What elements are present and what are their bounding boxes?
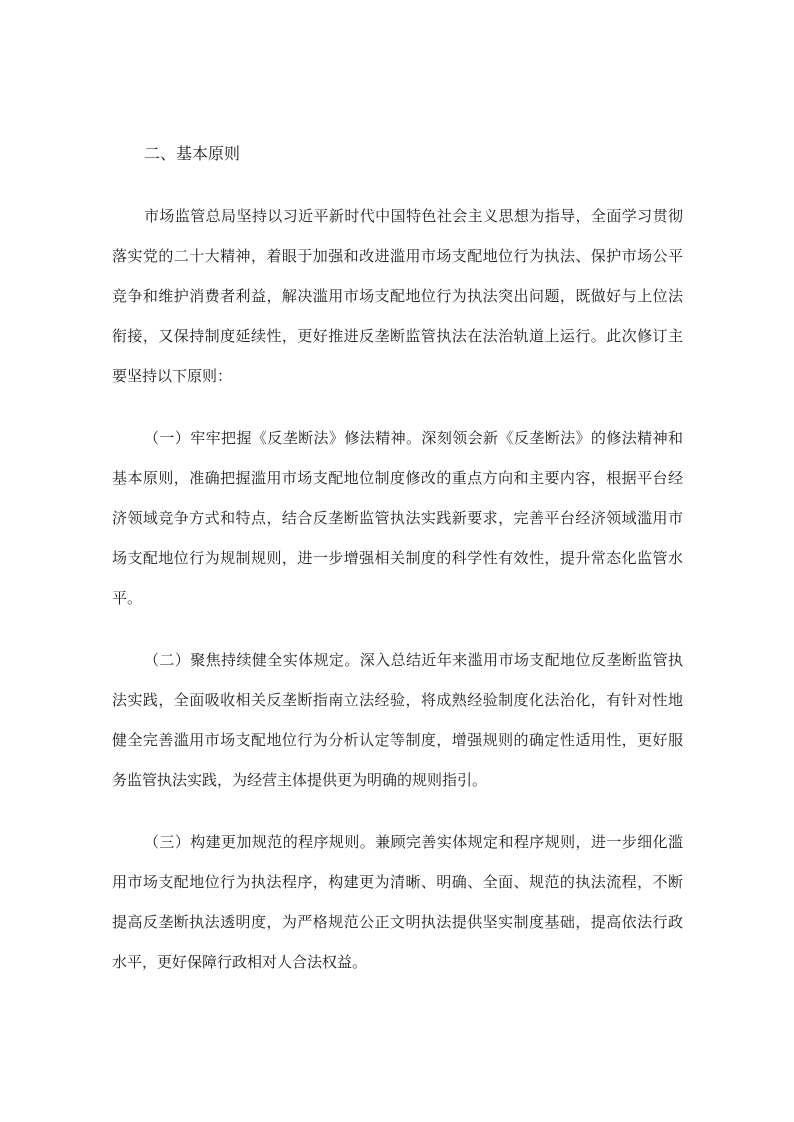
paragraph-intro: 市场监管总局坚持以习近平新时代中国特色社会主义思想为指导，全面学习贯彻 落实党的…	[112, 197, 683, 397]
text-line: 务监管执法实践，为经营主体提供更为明确的规则指引。	[112, 761, 683, 801]
text-line: （一）牢牢把握《反垄断法》修法精神。深刻领会新《反垄断法》的修法精神和	[112, 419, 683, 459]
text-line: 场支配地位行为规制规则，进一步增强相关制度的科学性有效性，提升常态化监管水	[112, 539, 683, 579]
text-line: 用市场支配地位行为执法程序，构建更为清晰、明确、全面、规范的执法流程，不断	[112, 863, 683, 903]
text-line: 水平，更好保障行政相对人合法权益。	[112, 943, 683, 983]
text-line: 衔接，又保持制度延续性，更好推进反垄断监管执法在法治轨道上运行。此次修订主	[112, 317, 683, 357]
text-line: 平。	[112, 579, 683, 619]
text-line: （二）聚焦持续健全实体规定。深入总结近年来滥用市场支配地位反垄断监管执	[112, 641, 683, 681]
text-line: 竞争和维护消费者利益，解决滥用市场支配地位行为执法突出问题，既做好与上位法	[112, 277, 683, 317]
document-body: 二、基本原则 市场监管总局坚持以习近平新时代中国特色社会主义思想为指导，全面学习…	[112, 135, 683, 983]
document-page: 二、基本原则 市场监管总局坚持以习近平新时代中国特色社会主义思想为指导，全面学习…	[0, 0, 794, 1122]
text-line: （三）构建更加规范的程序规则。兼顾完善实体规定和程序规则，进一步细化滥	[112, 823, 683, 863]
text-line: 提高反垄断执法透明度，为严格规范公正文明执法提供坚实制度基础，提高依法行政	[112, 903, 683, 943]
paragraph-principle-1: （一）牢牢把握《反垄断法》修法精神。深刻领会新《反垄断法》的修法精神和 基本原则…	[112, 419, 683, 619]
text-line: 基本原则，准确把握滥用市场支配地位制度修改的重点方向和主要内容，根据平台经	[112, 459, 683, 499]
text-line: 要坚持以下原则：	[112, 357, 683, 397]
text-line: 济领域竞争方式和特点，结合反垄断监管执法实践新要求，完善平台经济领域滥用市	[112, 499, 683, 539]
section-heading: 二、基本原则	[112, 135, 683, 175]
text-line: 健全完善滥用市场支配地位行为分析认定等制度，增强规则的确定性适用性，更好服	[112, 721, 683, 761]
paragraph-principle-2: （二）聚焦持续健全实体规定。深入总结近年来滥用市场支配地位反垄断监管执 法实践，…	[112, 641, 683, 801]
text-line: 市场监管总局坚持以习近平新时代中国特色社会主义思想为指导，全面学习贯彻	[112, 197, 683, 237]
text-line: 落实党的二十大精神，着眼于加强和改进滥用市场支配地位行为执法、保护市场公平	[112, 237, 683, 277]
paragraph-principle-3: （三）构建更加规范的程序规则。兼顾完善实体规定和程序规则，进一步细化滥 用市场支…	[112, 823, 683, 983]
text-line: 法实践，全面吸收相关反垄断指南立法经验，将成熟经验制度化法治化，有针对性地	[112, 681, 683, 721]
